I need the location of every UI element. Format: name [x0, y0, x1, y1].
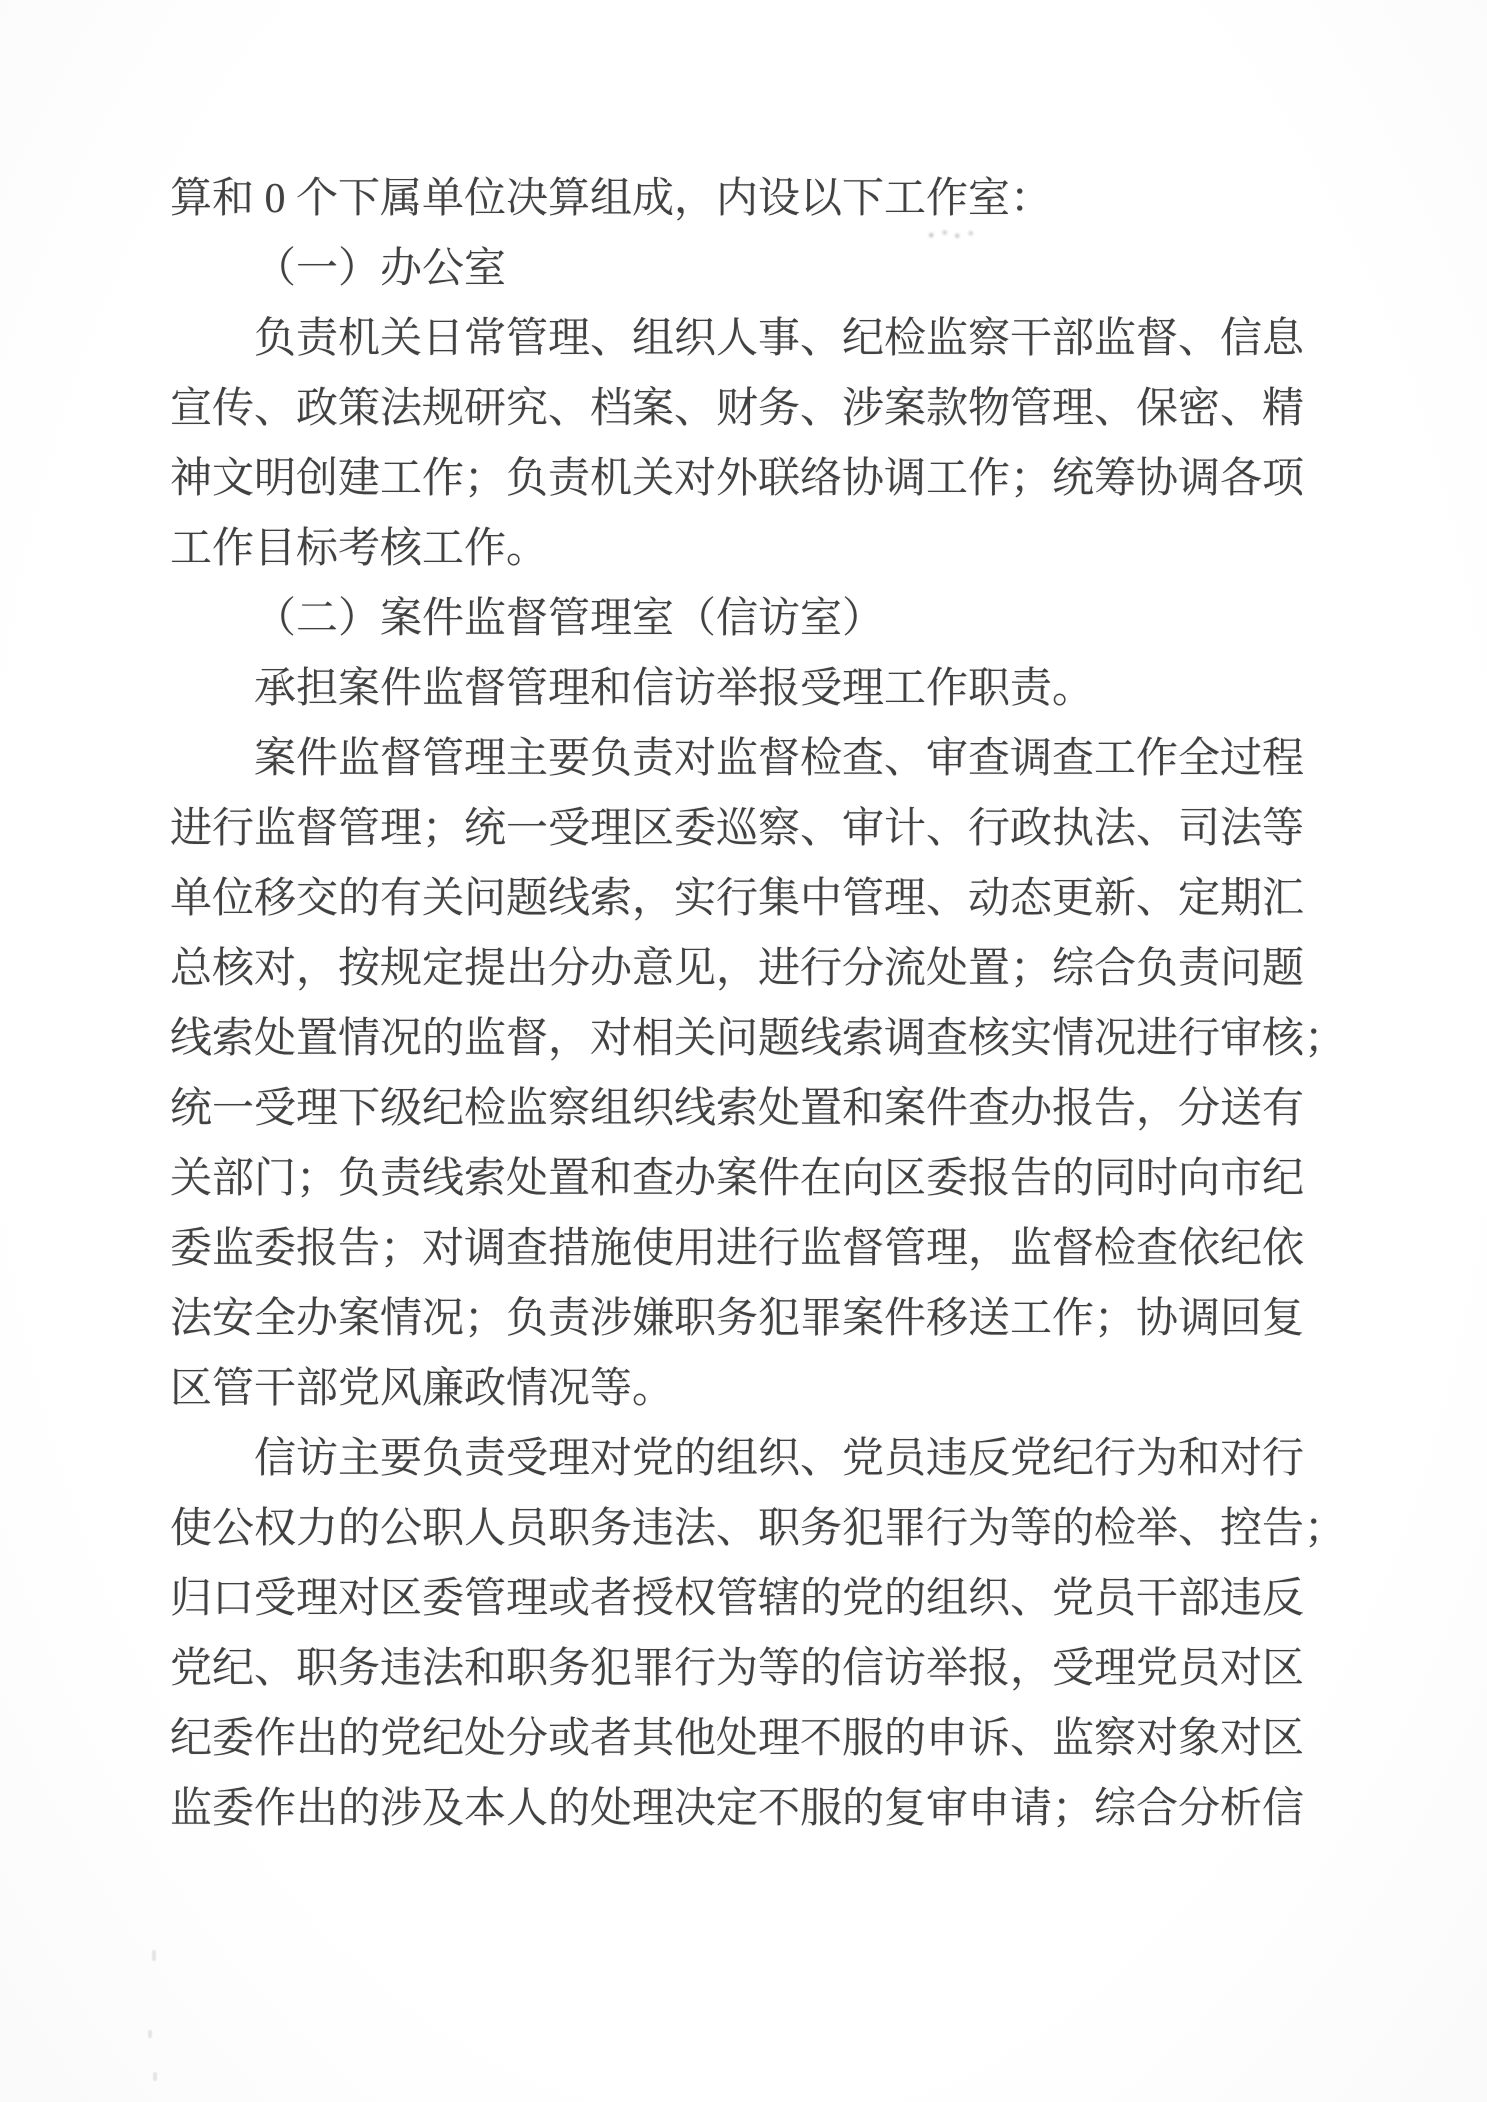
text-line: 单位移交的有关问题线索，实行集中管理、动态更新、定期汇: [170, 864, 1360, 934]
text-line: 委监委报告；对调查措施使用进行监督管理，监督检查依纪依: [170, 1214, 1360, 1284]
text-line: （一）办公室: [170, 234, 1360, 304]
text-line: 统一受理下级纪检监察组织线索处置和案件查办报告，分送有: [170, 1074, 1360, 1144]
scan-speck: [152, 1950, 156, 1961]
text-line: 线索处置情况的监督，对相关问题线索调查核实情况进行审核；: [170, 1004, 1360, 1074]
text-line: 区管干部党风廉政情况等。: [170, 1354, 1360, 1424]
text-line: 宣传、政策法规研究、档案、财务、涉案款物管理、保密、精: [170, 374, 1360, 444]
document-page: 算和 0 个下属单位决算组成，内设以下工作室：（一）办公室负责机关日常管理、组织…: [0, 0, 1487, 2102]
text-line: 使公权力的公职人员职务违法、职务犯罪行为等的检举、控告；: [170, 1494, 1360, 1564]
text-line: 监委作出的涉及本人的处理决定不服的复审申请；综合分析信: [170, 1774, 1360, 1844]
text-line: 案件监督管理主要负责对监督检查、审查调查工作全过程: [170, 724, 1360, 794]
text-line: （二）案件监督管理室（信访室）: [170, 584, 1360, 654]
text-line: 总核对，按规定提出分办意见，进行分流处置；综合负责问题: [170, 934, 1360, 1004]
text-line: 神文明创建工作；负责机关对外联络协调工作；统筹协调各项: [170, 444, 1360, 514]
scan-smudge: [925, 228, 977, 241]
text-line: 党纪、职务违法和职务犯罪行为等的信访举报，受理党员对区: [170, 1634, 1360, 1704]
text-line: 负责机关日常管理、组织人事、纪检监察干部监督、信息: [170, 304, 1360, 374]
scan-speck: [153, 2072, 157, 2081]
text-line: 法安全办案情况；负责涉嫌职务犯罪案件移送工作；协调回复: [170, 1284, 1360, 1354]
text-line: 关部门；负责线索处置和查办案件在向区委报告的同时向市纪: [170, 1144, 1360, 1214]
text-line: 信访主要负责受理对党的组织、党员违反党纪行为和对行: [170, 1424, 1360, 1494]
scan-speck: [148, 2030, 152, 2038]
document-text: 算和 0 个下属单位决算组成，内设以下工作室：（一）办公室负责机关日常管理、组织…: [170, 164, 1360, 1844]
text-line: 进行监督管理；统一受理区委巡察、审计、行政执法、司法等: [170, 794, 1360, 864]
text-line: 承担案件监督管理和信访举报受理工作职责。: [170, 654, 1360, 724]
text-line: 工作目标考核工作。: [170, 514, 1360, 584]
text-line: 归口受理对区委管理或者授权管辖的党的组织、党员干部违反: [170, 1564, 1360, 1634]
text-line: 纪委作出的党纪处分或者其他处理不服的申诉、监察对象对区: [170, 1704, 1360, 1774]
text-line: 算和 0 个下属单位决算组成，内设以下工作室：: [170, 164, 1360, 234]
